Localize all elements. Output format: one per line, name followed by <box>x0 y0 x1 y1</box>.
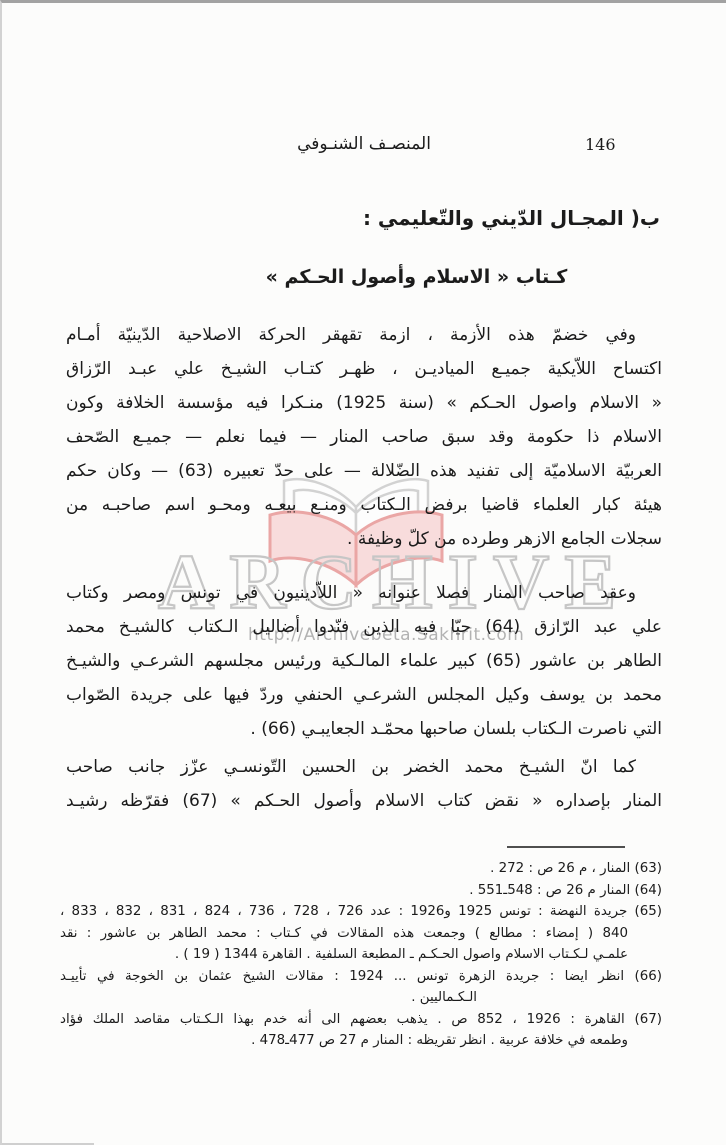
footnote-line: (63) المنار ، م 26 ص : 272 . <box>60 858 662 880</box>
body-line: العربيّة الاسلاميّة إلى تفنيد هذه الضّلا… <box>66 454 662 488</box>
page-number: 146 <box>585 135 616 154</box>
body-line: هيئة كبار العلماء قاضيا برفض الـكتاب ومن… <box>66 488 662 522</box>
footnote-line: (65) جريدة النهضة : تونس 1925 و1926 : عد… <box>60 901 662 923</box>
paragraph-1: وفي خضمّ هذه الأزمة ، ازمة تقهقر الحركة … <box>66 318 662 556</box>
body-line: الطاهر بن عاشور (65) كبير علماء المالـكي… <box>66 644 662 678</box>
body-line: كما انّ الشيـخ محمد الخضر بن الحسين التّ… <box>66 750 662 784</box>
footnote-line: (67) القاهرة : 1926 ، 852 ص . يذهب بعضهم… <box>60 1009 662 1031</box>
footnote-line: وطمعه في خلافة عربية . انظر تقريظه : الم… <box>60 1030 662 1052</box>
section-heading: ب( المجـال الدّيني والتّعليمي : <box>363 206 660 230</box>
footnote-line: الـكـماليين . <box>60 987 662 1009</box>
footnote-line: علمـي لـكـتاب الاسلام واصول الحـكـم ـ ال… <box>60 944 662 966</box>
book-title-heading: كـتاب « الاسلام وأصول الحـكم » <box>2 266 726 288</box>
scanned-book-page: ARCHIVE http://Archivebeta.Sakhrit.com ا… <box>0 0 726 1145</box>
running-header-title: المنصـف الشنـوفي <box>2 134 726 154</box>
footnote-separator <box>507 846 625 848</box>
footnote-line: (66) انظر ايضا : جريدة الزهرة تونس ... 1… <box>60 966 662 988</box>
footnote-line: 840 ( إمضاء : مطالع ) وجمعت هذه المقالات… <box>60 923 662 945</box>
body-line: الاسلام ذا حكومة وقد سبق صاحب المنار — ف… <box>66 420 662 454</box>
body-line: التي ناصرت الـكتاب بلسان صاحبها محمّـد ا… <box>66 712 662 746</box>
body-line: وفي خضمّ هذه الأزمة ، ازمة تقهقر الحركة … <box>66 318 662 352</box>
body-line: محمد بن يوسف وكيل المجلس الشرعـي الحنفي … <box>66 678 662 712</box>
body-line: سجلات الجامع الازهر وطرده من كلّ وظيفة . <box>66 522 662 556</box>
body-line: وعقد صاحب المنار فصلا عنوانه « اللاّديني… <box>66 576 662 610</box>
body-line: اكتساح اللاّيكية جميـع المياديـن ، ظهـر … <box>66 352 662 386</box>
body-line: « الاسلام واصول الحـكم » (سنة 1925) منـك… <box>66 386 662 420</box>
body-line: المنار بإصداره « نقض كتاب الاسلام وأصول … <box>66 784 662 818</box>
paragraph-3: كما انّ الشيـخ محمد الخضر بن الحسين التّ… <box>66 750 662 818</box>
paragraph-2: وعقد صاحب المنار فصلا عنوانه « اللاّديني… <box>66 576 662 746</box>
body-line: علي عبد الرّازق (64) حيّا فيه الذين فنّد… <box>66 610 662 644</box>
footnote-line: (64) المنار م 26 ص : 548ـ551 . <box>60 880 662 902</box>
footnotes: (63) المنار ، م 26 ص : 272 . (64) المنار… <box>60 858 662 1052</box>
